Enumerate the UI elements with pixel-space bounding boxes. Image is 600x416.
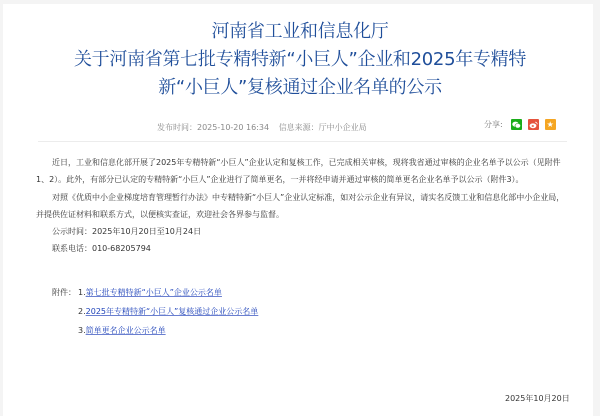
org-title: 河南省工业和信息化厅 (0, 18, 600, 46)
attachment-item: 3.简单更名企业公示名单 (52, 321, 258, 340)
signature-date: 2025年10月20日 (505, 393, 570, 404)
attachment-item: 2.2025年专精特新“小巨人”复核通过企业公示名单 (52, 302, 258, 321)
publish-time: 发布时间：2025-10-20 16:34 (157, 123, 269, 132)
attachment-item: 附件：1.第七批专精特新“小巨人”企业公示名单 (52, 283, 258, 302)
attachment-number: 3. (78, 326, 86, 335)
wechat-icon (512, 121, 521, 129)
title-line-2: 关于河南省第七批专精特新“小巨人”企业和2025年专精特 (0, 46, 600, 74)
header-divider (38, 141, 567, 142)
article-body: 近日，工业和信息化部开展了2025年专精特新“小巨人”企业认定和复核工作，已完成… (36, 154, 566, 257)
contact-phone: 联系电话：010-68205794 (52, 240, 566, 257)
share-wechat-button[interactable] (511, 119, 522, 130)
attachment-link-3[interactable]: 简单更名企业公示名单 (86, 326, 166, 335)
paragraph-supervision: 对照《优质中小企业梯度培育管理暂行办法》中专精特新“小巨人”企业认定标准，如对公… (36, 189, 566, 223)
share-favorite-button[interactable]: ★ (545, 119, 556, 130)
share-weibo-button[interactable] (528, 119, 539, 130)
attachments-list: 附件：1.第七批专精特新“小巨人”企业公示名单 2.2025年专精特新“小巨人”… (52, 283, 258, 340)
paragraph-intro: 近日，工业和信息化部开展了2025年专精特新“小巨人”企业认定和复核工作，已完成… (36, 154, 566, 188)
weibo-icon (529, 121, 538, 129)
attachment-number: 1. (78, 288, 86, 297)
article-meta: 发布时间：2025-10-20 16:34 信息来源：厅中小企业局 分享: ★ (0, 122, 600, 136)
attachment-number: 2. (78, 307, 86, 316)
share-label: 分享: (484, 119, 503, 130)
info-source: 信息来源：厅中小企业局 (279, 123, 367, 132)
title-line-3: 新“小巨人”复核通过企业名单的公示 (0, 74, 600, 102)
attachments-label: 附件： (52, 283, 78, 302)
star-icon: ★ (547, 121, 554, 129)
share-bar: 分享: ★ (484, 119, 562, 130)
article-title: 河南省工业和信息化厅 关于河南省第七批专精特新“小巨人”企业和2025年专精特 … (0, 18, 600, 102)
notice-period: 公示时间：2025年10月20日至10月24日 (52, 223, 566, 240)
attachment-link-1[interactable]: 第七批专精特新“小巨人”企业公示名单 (86, 288, 222, 297)
attachment-link-2[interactable]: 2025年专精特新“小巨人”复核通过企业公示名单 (86, 307, 259, 316)
